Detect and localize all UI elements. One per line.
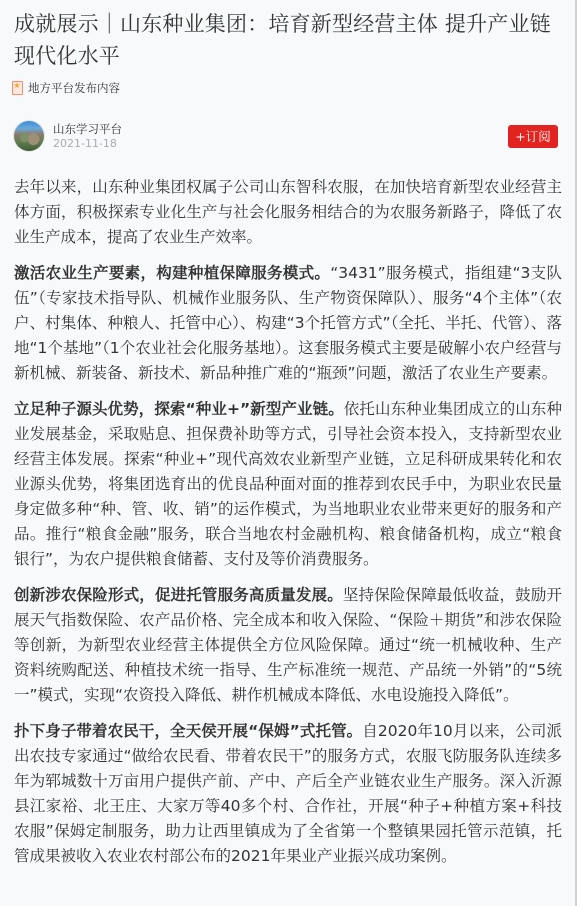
- article-page: 成就展示｜山东种业集团：培育新型经营主体 提升产业链现代化水平 地方平台发布内容…: [0, 0, 577, 906]
- publish-date: 2021-11-18: [53, 137, 122, 151]
- paragraph-lead: 扑下身子带着农民干，全天侯开展“保姆”式托管。: [14, 722, 362, 740]
- paragraph-lead: 创新涉农保险形式，促进托管服务高质量发展。: [14, 586, 343, 604]
- paragraph-text: 依托山东种业集团成立的山东种业发展基金，采取贴息、担保费补助等方式，引导社会资本…: [14, 400, 562, 568]
- subscribe-button[interactable]: +订阅: [508, 125, 558, 148]
- author-name[interactable]: 山东学习平台: [53, 122, 122, 137]
- article-body: 去年以来，山东种业集团权属子公司山东智科农服，在加快培育新型农业经营主体方面，积…: [14, 175, 562, 880]
- article-paragraph: 扑下身子带着农民干，全天侯开展“保姆”式托管。自2020年10月以来，公司派出农…: [14, 719, 562, 869]
- bookmark-star-icon: [12, 81, 23, 95]
- article-paragraph: 激活农业生产要素，构建种植保障服务模式。“3431”服务模式，指组建“3支队伍”…: [14, 261, 562, 386]
- article-paragraph: 去年以来，山东种业集团权属子公司山东智科农服，在加快培育新型农业经营主体方面，积…: [14, 175, 562, 250]
- paragraph-lead: 立足种子源头优势，探索“种业+”新型产业链。: [14, 400, 344, 418]
- author-avatar[interactable]: [14, 121, 44, 151]
- paragraph-lead: 激活农业生产要素，构建种植保障服务模式。: [14, 264, 330, 282]
- paragraph-text: 去年以来，山东种业集团权属子公司山东智科农服，在加快培育新型农业经营主体方面，积…: [14, 178, 562, 246]
- article-title: 成就展示｜山东种业集团：培育新型经营主体 提升产业链现代化水平: [14, 8, 554, 72]
- author-block[interactable]: 山东学习平台 2021-11-18: [14, 121, 122, 151]
- source-tag-label: 地方平台发布内容: [28, 80, 120, 96]
- author-meta: 山东学习平台 2021-11-18: [53, 122, 122, 151]
- source-tag: 地方平台发布内容: [12, 80, 120, 96]
- article-paragraph: 立足种子源头优势，探索“种业+”新型产业链。依托山东种业集团成立的山东种业发展基…: [14, 397, 562, 572]
- article-paragraph: 创新涉农保险形式，促进托管服务高质量发展。坚持保险保障最低收益，鼓励开展天气指数…: [14, 583, 562, 708]
- paragraph-text: 自2020年10月以来，公司派出农技专家通过“做给农民看、带着农民干”的服务方式…: [14, 722, 562, 865]
